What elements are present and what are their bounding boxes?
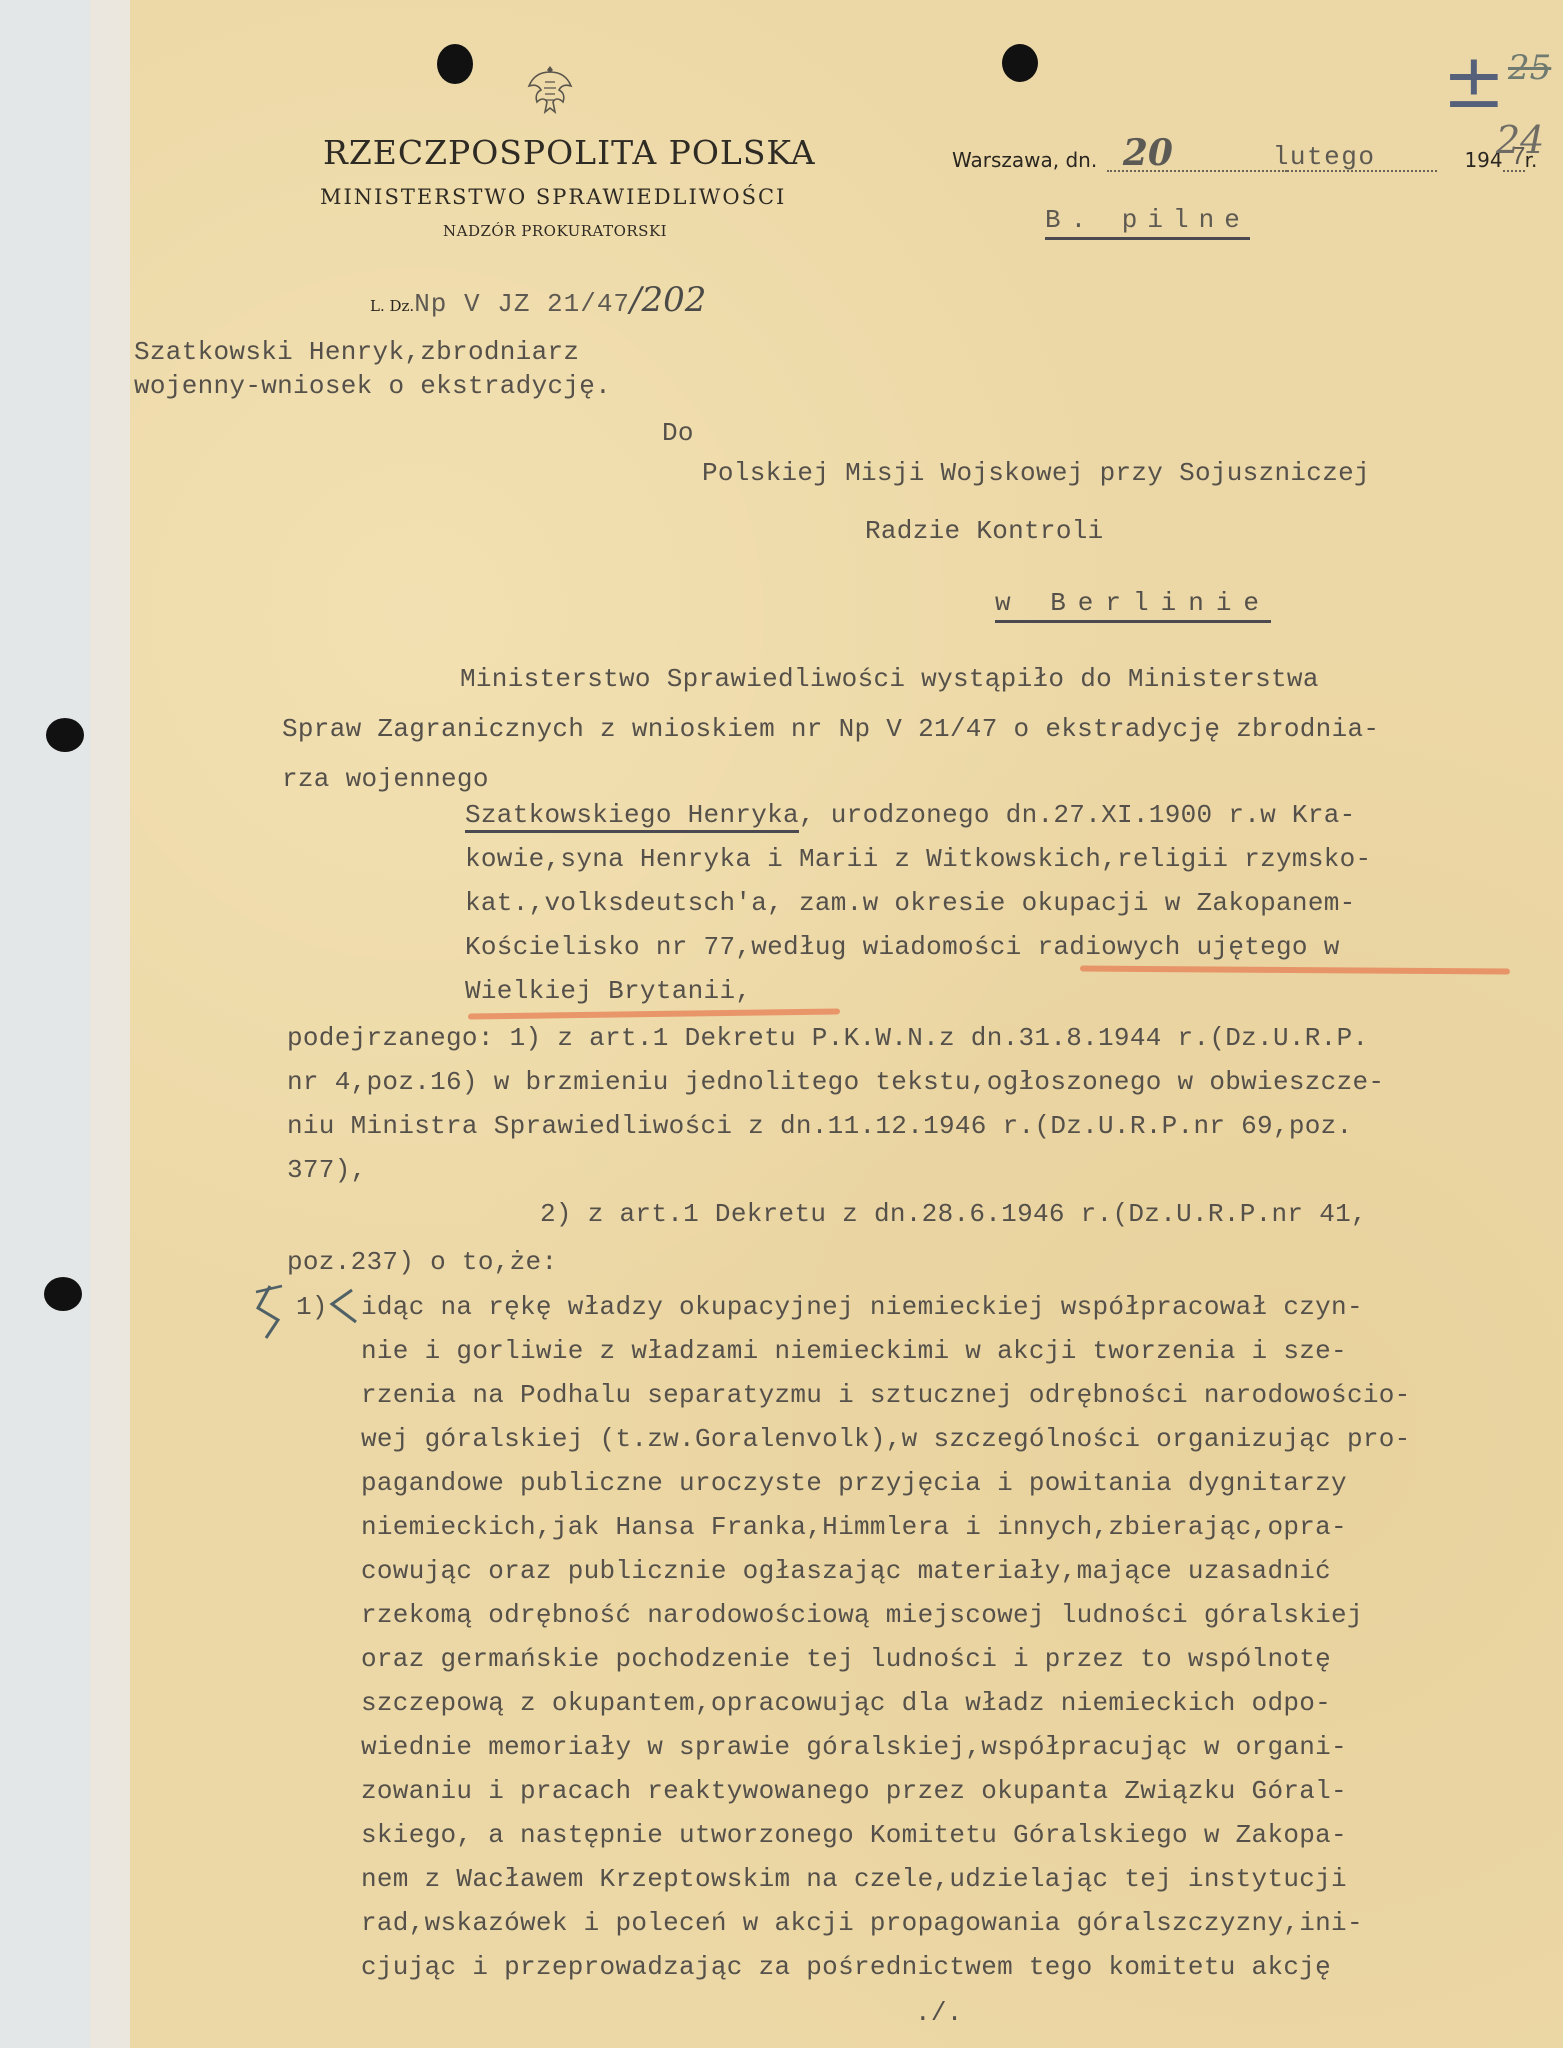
person-name: Szatkowskiego Henryka — [465, 800, 799, 833]
punch-hole — [46, 718, 84, 752]
punch-hole — [44, 1277, 82, 1311]
body-line: szczepową z okupantem,opracowując dla wł… — [361, 1688, 1331, 1718]
body-line: poz.237) o to,że: — [287, 1247, 557, 1277]
body-line: cjując i przeprowadzając za pośrednictwe… — [361, 1952, 1331, 1982]
polish-eagle-emblem-icon — [527, 62, 573, 118]
body-line: kowie,syna Henryka i Marii z Witkowskich… — [465, 844, 1371, 874]
archive-number: 24 — [1496, 118, 1544, 162]
scan-margin — [0, 0, 90, 2048]
body-line: rad,wskazówek i poleceń w akcji propagow… — [361, 1908, 1363, 1938]
body-line: rzekomą odrębność narodowościową miejsco… — [361, 1600, 1363, 1630]
continuation-mark: ./. — [915, 1998, 963, 2028]
reference-handwritten: /202 — [630, 280, 706, 320]
point-paragraph: idąc na rękę władzy okupacyjnej niemieck… — [130, 1292, 1550, 2012]
subject-line: Szatkowski Henryk,zbrodniarz — [134, 335, 611, 369]
reference-prefix: L. Dz. — [370, 297, 414, 315]
letterhead-department: NADZÓR PROKURATORSKI — [443, 222, 667, 240]
person-paragraph: Szatkowskiego Henryka, urodzonego dn.27.… — [130, 800, 1550, 1020]
body-intro: Ministerstwo Sprawiedliwości wystąpiło d… — [130, 664, 1550, 804]
urgency-note: B. pilne — [1045, 205, 1250, 240]
body-line: , urodzonego dn.27.XI.1900 r.w Kra- — [799, 800, 1356, 830]
recipient-line: Radzie Kontroli — [865, 516, 1104, 546]
body-line: Ministerstwo Sprawiedliwości wystąpiło d… — [460, 664, 1319, 694]
body-line: wiednie memoriały w sprawie góralskiej,w… — [361, 1732, 1347, 1762]
body-line: oraz germańskie pochodzenie tej ludności… — [361, 1644, 1331, 1674]
archive-mark: ± — [1442, 36, 1506, 125]
body-line: Kościelisko nr 77,według wiadomości radi… — [465, 932, 1340, 962]
body-line: zowaniu i pracach reaktywowanego przez o… — [361, 1776, 1347, 1806]
subject-line: wojenny-wniosek o ekstradycję. — [134, 369, 611, 403]
body-line: nr 4,poz.16) w brzmieniu jednolitego tek… — [287, 1067, 1384, 1097]
reference-number: L. Dz.Np V JZ 21/47/202 — [370, 280, 706, 320]
body-line: idąc na rękę władzy okupacyjnej niemieck… — [361, 1292, 1363, 1322]
body-line: skiego, a następnie utworzonego Komitetu… — [361, 1820, 1347, 1850]
archive-number-crossed: 25 — [1508, 48, 1551, 88]
letterhead-ministry: MINISTERSTWO SPRAWIEDLIWOŚCI — [320, 185, 786, 209]
body-line: wej góralskiej (t.zw.Goralenvolk),w szcz… — [361, 1424, 1411, 1454]
dateline: Warszawa, dn. 20 lutego 194 7 r. — [952, 144, 1537, 172]
dateline-place: Warszawa, dn. — [952, 148, 1097, 172]
letterhead-country: RZECZPOSPOLITA POLSKA — [323, 133, 816, 172]
recipient-city: w Berlinie — [995, 588, 1271, 623]
subject: Szatkowski Henryk,zbrodniarz wojenny-wni… — [134, 335, 611, 403]
body-line: cowując oraz publicznie ogłaszając mater… — [361, 1556, 1331, 1586]
body-line: 377), — [287, 1155, 367, 1185]
recipient-to-label: Do — [662, 418, 694, 448]
body-line: nie i gorliwie z władzami niemieckimi w … — [361, 1336, 1347, 1366]
recipient-line: Polskiej Misji Wojskowej przy Sojusznicz… — [702, 458, 1370, 488]
body-line: 2) z art.1 Dekretu z dn.28.6.1946 r.(Dz.… — [540, 1199, 1367, 1229]
body-line: kat.,volksdeutsch'a, zam.w okresie okupa… — [465, 888, 1356, 918]
body-line: rzenia na Podhalu separatyzmu i sztuczne… — [361, 1380, 1411, 1410]
punch-hole — [1002, 44, 1038, 82]
body-line: nem z Wacławem Krzeptowskim na czele,udz… — [361, 1864, 1347, 1894]
document-page: RZECZPOSPOLITA POLSKA MINISTERSTWO SPRAW… — [130, 0, 1563, 2048]
body-line: niemieckich,jak Hansa Franka,Himmlera i … — [361, 1512, 1347, 1542]
body-line: niu Ministra Sprawiedliwości z dn.11.12.… — [287, 1111, 1352, 1141]
scan-margin-inner — [90, 0, 130, 2048]
body-line: pagandowe publiczne uroczyste przyjęcia … — [361, 1468, 1347, 1498]
dateline-day: 20 — [1123, 132, 1173, 174]
body-line: rza wojennego — [282, 764, 489, 794]
body-line: podejrzanego: 1) z art.1 Dekretu P.K.W.N… — [287, 1023, 1368, 1053]
punch-hole — [437, 44, 473, 84]
body-line: Spraw Zagranicznych z wnioskiem nr Np V … — [282, 714, 1379, 744]
reference-value: Np V JZ 21/47 — [414, 289, 630, 319]
charges-paragraph: podejrzanego: 1) z art.1 Dekretu P.K.W.N… — [130, 1023, 1550, 1283]
body-line: Wielkiej Brytanii, — [465, 976, 751, 1006]
dateline-month: lutego — [1273, 142, 1376, 172]
